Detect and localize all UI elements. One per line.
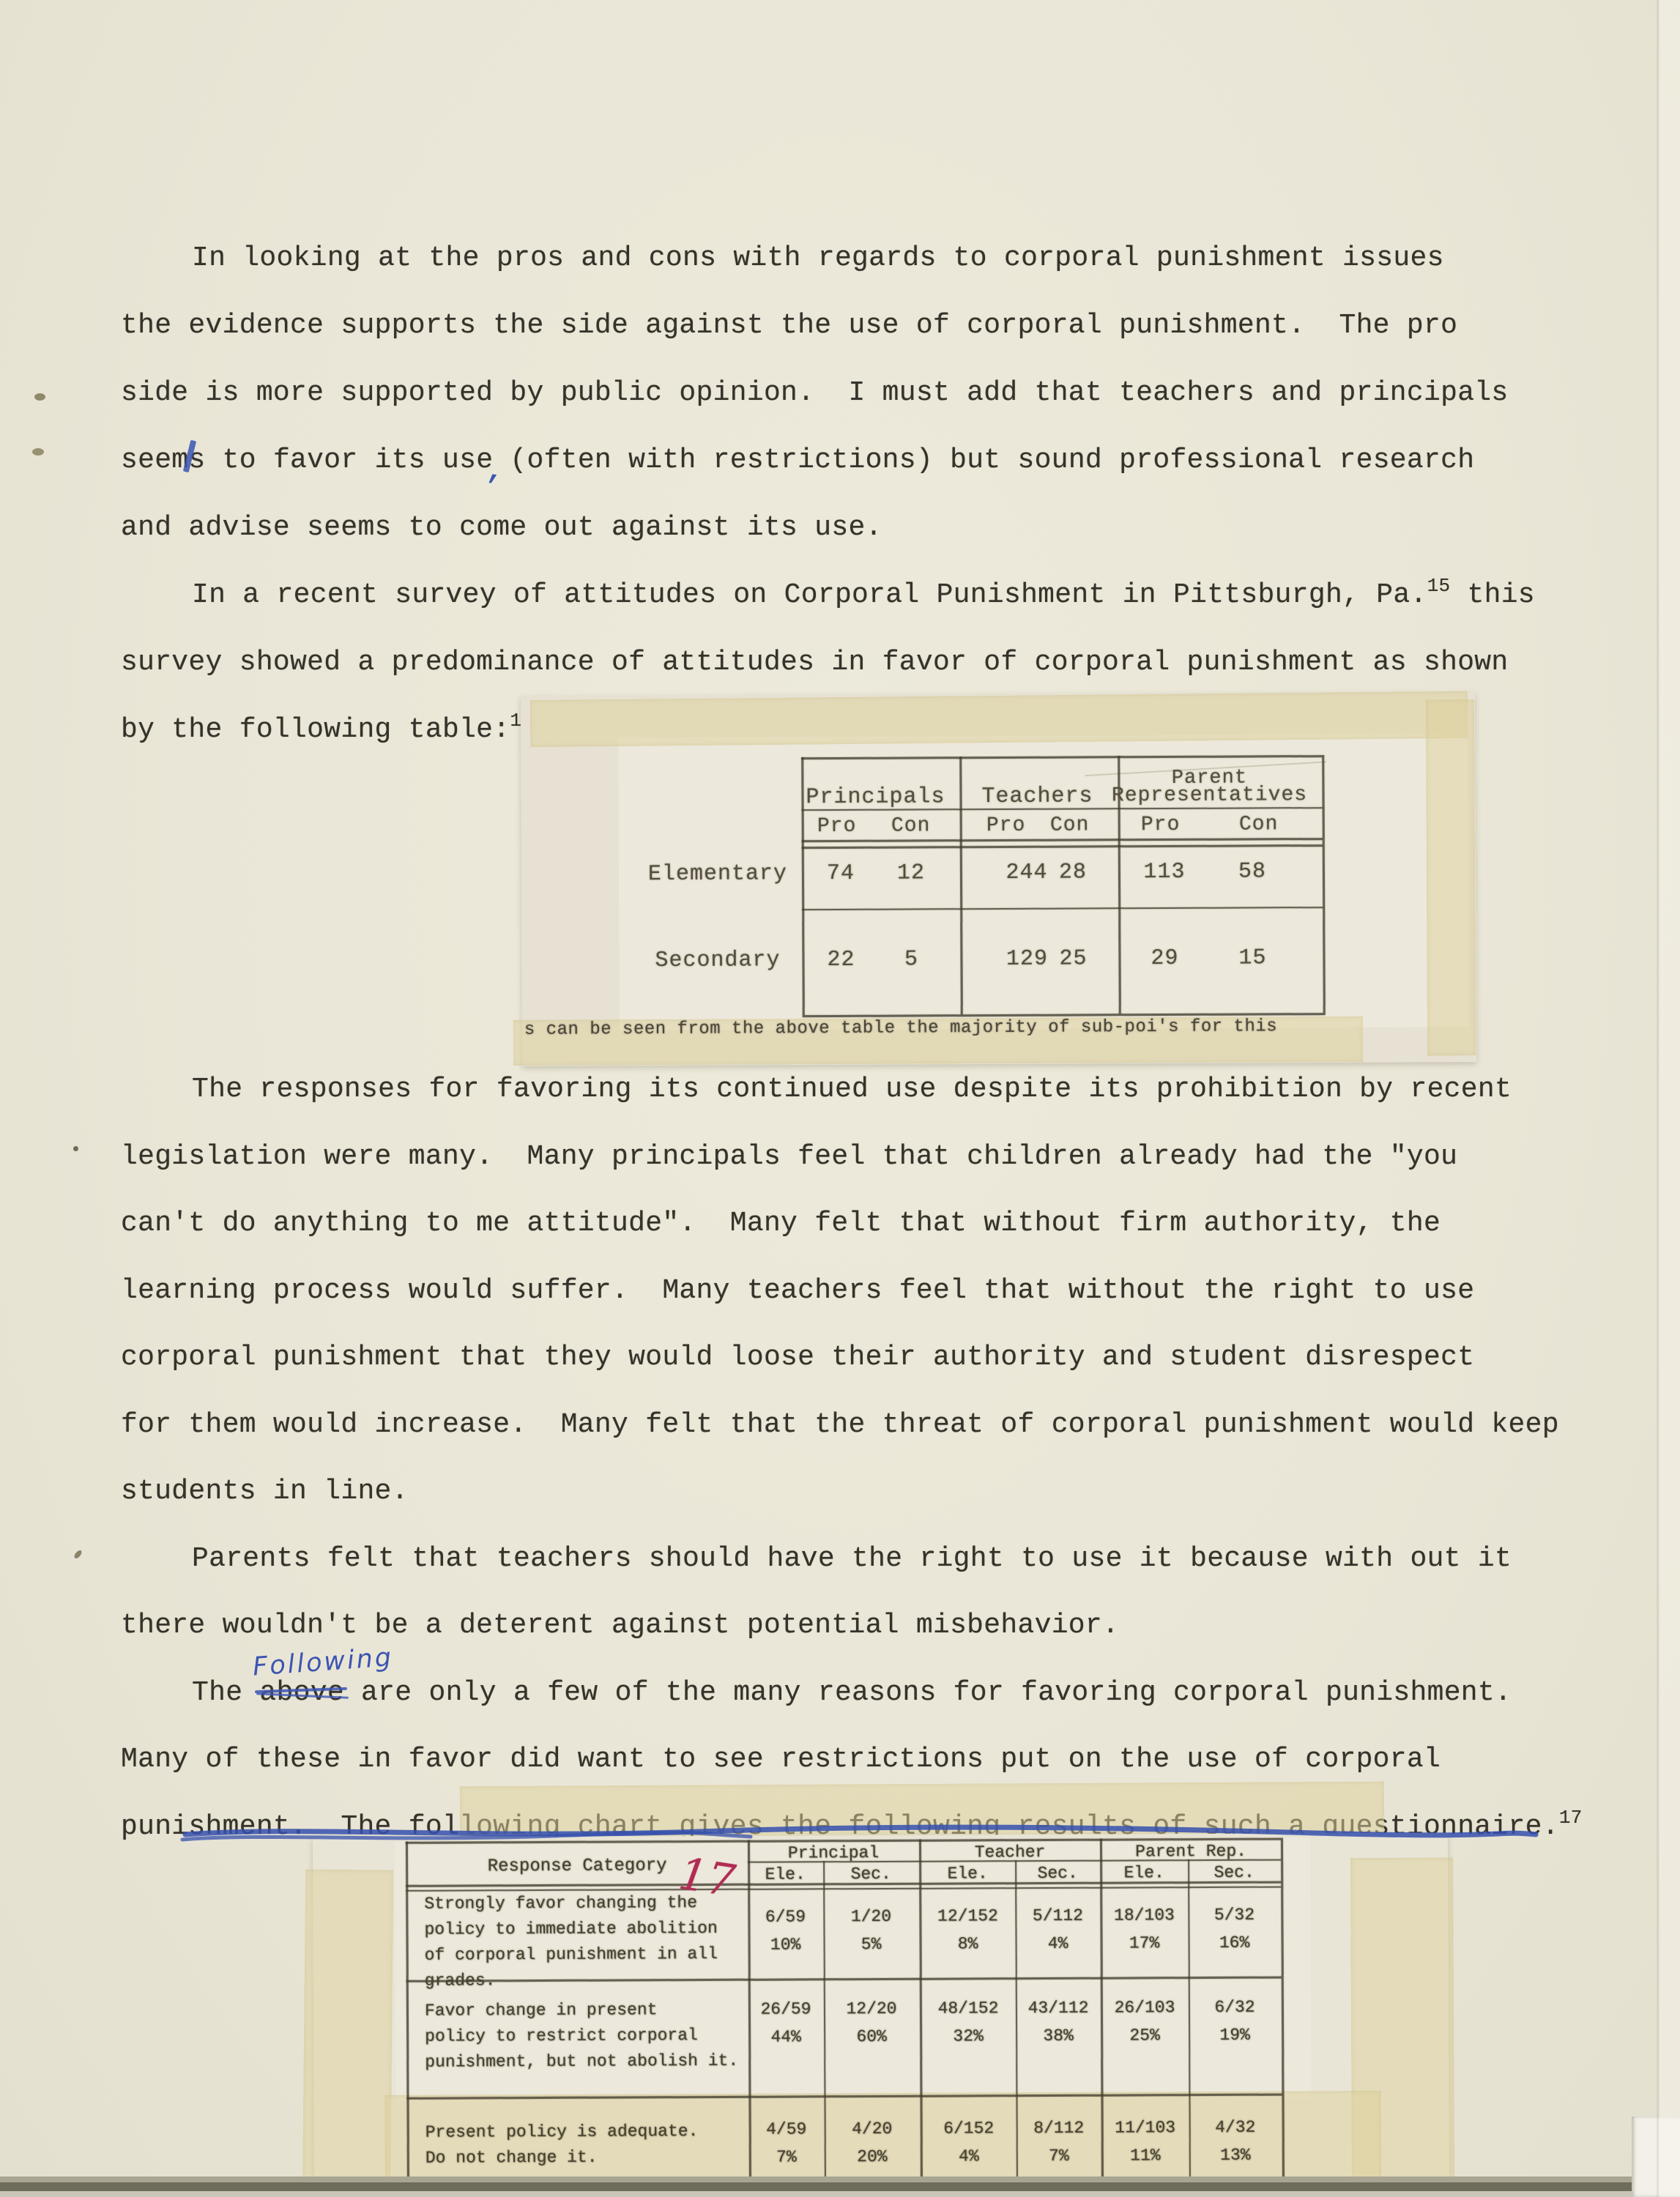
- typed-text: to favor its use: [206, 445, 494, 476]
- typed-text: this: [1450, 579, 1535, 611]
- paper-speck: [73, 1549, 83, 1559]
- table-subheader: Con: [1050, 814, 1090, 837]
- page-bottom-edge: [0, 2191, 1635, 2197]
- table-cell-percent: 4%: [959, 2145, 979, 2167]
- table-cell-fraction: 4/32: [1215, 2116, 1255, 2138]
- table-cell-fraction: 12/152: [937, 1905, 998, 1927]
- table-row-label-line: policy to restrict corporal: [425, 2024, 698, 2048]
- table-cell-fraction: 26/103: [1114, 1996, 1175, 2018]
- table-subheader: Sec.: [1037, 1862, 1077, 1884]
- paper-speck: [73, 1146, 78, 1151]
- tape-strip: [302, 1870, 393, 2197]
- table-cell-percent: 7%: [776, 2146, 797, 2168]
- typed-text: (often with restrictions) but sound prof…: [493, 445, 1474, 476]
- paper-edge-highlight: [1659, 0, 1680, 2197]
- table-cell-fraction: 6/152: [943, 2117, 994, 2139]
- table-cell-percent: 13%: [1220, 2144, 1251, 2166]
- typed-text: for them would increase. Many felt that …: [121, 1409, 1559, 1440]
- tape-strip: [530, 691, 1468, 747]
- annotation-sup: 15: [1427, 575, 1451, 597]
- table-subheader: Pro: [986, 814, 1026, 838]
- table-cell-fraction: 5/32: [1214, 1904, 1255, 1926]
- table-row-label-line: policy to immediate abolition: [424, 1917, 717, 1941]
- table-cell: 113: [1143, 860, 1185, 884]
- typed-text: can't do anything to me attitude". Many …: [121, 1208, 1441, 1239]
- table-cell: 129: [1006, 948, 1048, 971]
- table-cell-fraction: 11/103: [1115, 2116, 1175, 2138]
- table-subheader: Ele.: [765, 1863, 805, 1885]
- table-subheader: Ele.: [947, 1862, 987, 1884]
- table-row-label: Secondary: [648, 948, 780, 973]
- typed-line: the evidence supports the side against t…: [121, 309, 1457, 343]
- page-bottom-edge: [0, 2176, 1635, 2182]
- scanned-document-page: In looking at the pros and cons with reg…: [0, 0, 1680, 2197]
- page-bottom-edge: [0, 2182, 1635, 2191]
- table-subheader: Sec.: [850, 1863, 891, 1885]
- typed-text: students in line.: [121, 1476, 409, 1507]
- typed-line: survey showed a predominance of attitude…: [121, 646, 1509, 680]
- typed-text: Parents felt that teachers should have t…: [192, 1543, 1512, 1575]
- table-row-label-line: Present policy is adequate.: [425, 2120, 699, 2144]
- table-cell: 22: [827, 948, 855, 972]
- table-cell-percent: 19%: [1219, 2024, 1250, 2046]
- typed-text: The responses for favoring its continued…: [192, 1074, 1512, 1105]
- table-cell-percent: 11%: [1130, 2144, 1161, 2166]
- table-subheader: Con: [1239, 813, 1279, 836]
- clipping-cutoff-text: s can be seen from the above table the m…: [524, 1015, 1279, 1037]
- table-cell: 28: [1059, 860, 1087, 884]
- table-cell-percent: 17%: [1129, 1932, 1160, 1954]
- table-row-label-line: Do not change it.: [425, 2146, 598, 2169]
- tape-strip: [1426, 699, 1476, 1055]
- table-cell-fraction: 5/112: [1033, 1905, 1083, 1927]
- table-cell-fraction: 6/59: [765, 1906, 806, 1928]
- table-cell-percent: 4%: [1048, 1933, 1068, 1955]
- table-subheader: Pro: [1141, 814, 1181, 837]
- typed-text: and advise seems to come out against its…: [121, 512, 882, 543]
- taped-clipping-survey-table: ParentPrincipalsTeachersRepresentativesP…: [521, 692, 1476, 1066]
- table-cell: 5: [904, 948, 918, 971]
- typed-line: students in line.: [121, 1475, 409, 1509]
- table-row-label-line: Favor change in present: [425, 1999, 658, 2021]
- table-subheader: Pro: [817, 815, 857, 839]
- table-cell-fraction: 6/32: [1214, 1996, 1255, 2018]
- typed-line: for them would increase. Many felt that …: [121, 1408, 1559, 1442]
- table-cell-fraction: 8/112: [1033, 2117, 1084, 2139]
- table-cell: 74: [827, 862, 855, 885]
- annotation-scrib: above: [259, 1677, 344, 1709]
- table-cell-percent: 60%: [856, 2026, 887, 2048]
- table-subheader: Ele.: [1123, 1862, 1164, 1884]
- table-cell-fraction: 4/20: [852, 2118, 892, 2140]
- table-cell-percent: 5%: [861, 1933, 882, 1955]
- typed-text: are only a few of the many reasons for f…: [344, 1677, 1512, 1709]
- typed-line: seems to favor its use, (often with rest…: [121, 444, 1474, 477]
- table-cell: 12: [897, 861, 925, 885]
- table-subheader: Con: [891, 814, 931, 838]
- typed-text: learning process would suffer. Many teac…: [121, 1275, 1474, 1306]
- typed-text: by the following table:: [121, 714, 510, 746]
- table-row-label: Elementary: [648, 862, 780, 886]
- table-cell-fraction: 48/152: [937, 1997, 998, 2019]
- table-group-header: Principals: [806, 785, 945, 809]
- table-header-parent-line2: Representatives: [1112, 784, 1307, 808]
- typed-text: In looking at the pros and cons with reg…: [192, 242, 1444, 274]
- annotation-bstrike: s: [188, 445, 205, 476]
- typed-text: The: [192, 1677, 259, 1709]
- typed-line: In a recent survey of attitudes on Corpo…: [121, 579, 1535, 614]
- table-cell: 244: [1006, 861, 1047, 885]
- typed-line: there wouldn't be a deterent against pot…: [121, 1609, 1119, 1643]
- typed-text: seem: [121, 445, 188, 476]
- paper-speck: [34, 393, 45, 401]
- table-cell-fraction: 18/103: [1114, 1904, 1175, 1926]
- typed-line: and advise seems to come out against its…: [121, 511, 882, 545]
- table-corner-header: Response Category: [488, 1855, 667, 1878]
- handwritten-red-figure-number: 17: [675, 1848, 738, 1908]
- table-cell: 58: [1238, 860, 1266, 883]
- typed-line: legislation were many. Many principals f…: [121, 1140, 1457, 1174]
- annotation-sup: 17: [1559, 1807, 1583, 1829]
- table-row-label-line: of corporal punishment in all: [425, 1943, 718, 1966]
- typed-text: corporal punishment that they would loos…: [121, 1342, 1474, 1373]
- typed-line: In looking at the pros and cons with reg…: [121, 242, 1444, 275]
- typed-text: survey showed a predominance of attitude…: [121, 647, 1509, 678]
- table-cell: 29: [1151, 947, 1178, 970]
- typed-line: by the following table:16: [121, 713, 533, 748]
- table-cell-fraction: 1/20: [851, 1906, 891, 1928]
- table-subheader: Sec.: [1213, 1862, 1254, 1884]
- typed-text: the evidence supports the side against t…: [121, 310, 1457, 341]
- table-cell-percent: 8%: [958, 1933, 978, 1955]
- table-cell-fraction: 43/112: [1027, 1997, 1088, 2019]
- typed-text: legislation were many. Many principals f…: [121, 1141, 1457, 1172]
- table-cell-fraction: 26/59: [760, 1998, 811, 2020]
- typed-text: there wouldn't be a deterent against pot…: [121, 1610, 1119, 1641]
- typed-line: The above are only a few of the many rea…: [121, 1676, 1512, 1710]
- table-row-label-line: grades.: [425, 1969, 496, 1991]
- typed-line: corporal punishment that they would loos…: [121, 1341, 1474, 1375]
- typed-line: side is more supported by public opinion…: [121, 376, 1509, 410]
- table-cell-percent: 7%: [1049, 2145, 1069, 2167]
- table-cell-percent: 38%: [1043, 2025, 1074, 2047]
- table-cell-percent: 44%: [770, 2026, 801, 2048]
- table-row-label-line: Strongly favor changing the: [424, 1892, 697, 1915]
- table-cell-percent: 16%: [1219, 1932, 1250, 1954]
- typed-line: The responses for favoring its continued…: [121, 1073, 1512, 1107]
- paper-speck: [32, 448, 44, 456]
- table-cell: 15: [1238, 946, 1266, 970]
- typed-line: Parents felt that teachers should have t…: [121, 1542, 1512, 1576]
- table-cell-percent: 25%: [1129, 2024, 1160, 2046]
- table-row-label-line: punishment, but not abolish it.: [425, 2050, 738, 2073]
- table-cell-percent: 10%: [770, 1933, 801, 1955]
- table-cell-fraction: 4/59: [766, 2118, 806, 2140]
- table-cell-percent: 20%: [857, 2146, 888, 2168]
- taped-clipping-questionnaire-table: Response Category17PrincipalEle.Sec.Teac…: [313, 1833, 1449, 2197]
- typed-line: can't do anything to me attitude". Many …: [121, 1207, 1441, 1241]
- typed-line: Many of these in favor did want to see r…: [121, 1743, 1441, 1777]
- paper-crease: [1657, 0, 1659, 2197]
- table-group-header: Teachers: [981, 784, 1093, 808]
- typed-line: learning process would suffer. Many teac…: [121, 1274, 1474, 1308]
- table-cell-fraction: 12/20: [846, 1998, 896, 2020]
- table-cell-percent: 32%: [953, 2025, 984, 2047]
- typed-text: Many of these in favor did want to see r…: [121, 1744, 1441, 1775]
- blue-ink-underline: [172, 1818, 1549, 1852]
- typed-text: In a recent survey of attitudes on Corpo…: [192, 579, 1427, 611]
- typed-text: side is more supported by public opinion…: [121, 377, 1509, 409]
- table-cell: 25: [1059, 947, 1087, 970]
